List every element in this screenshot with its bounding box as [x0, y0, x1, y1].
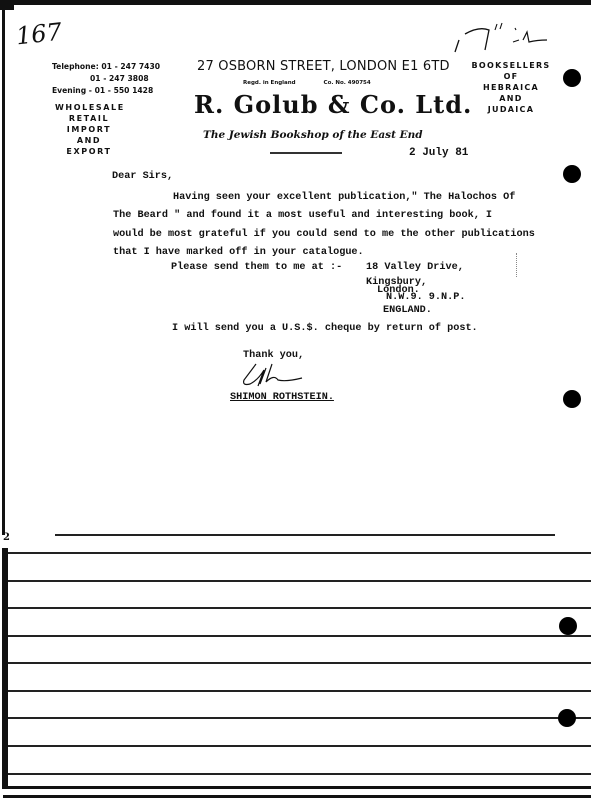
ruled-line [55, 534, 555, 536]
ruled-line [8, 717, 591, 719]
telephone-row: Evening - 01 - 550 1428 [52, 85, 160, 97]
return-address-street: 18 Valley Drive, [366, 262, 464, 273]
letter-greeting: Dear Sirs, [112, 171, 173, 182]
specialty-item: OF [470, 71, 552, 82]
telephone-number: 01 - 247 3808 [90, 73, 149, 85]
telephone-label: Telephone: [52, 62, 99, 71]
handwritten-annotation-icon [445, 18, 555, 58]
ruled-line [8, 745, 591, 747]
send-request: Please send them to me at :- [171, 262, 342, 273]
page-bottom-edge [2, 786, 591, 789]
company-number: Co. No. 490754 [324, 80, 371, 86]
service-item: RETAIL [55, 113, 123, 124]
telephone-row: Telephone: 01 - 247 7430 [52, 61, 160, 73]
company-address: 27 OSBORN STREET, LONDON E1 6TD [197, 59, 450, 74]
left-margin-mark: 2 [3, 532, 10, 543]
hole-punch [563, 390, 581, 408]
paragraph-line: The Beard " and found it a most useful a… [113, 207, 535, 225]
letter-date: 2 July 81 [409, 147, 468, 159]
telephone-row: 01 - 247 3808 [52, 73, 160, 85]
service-item: EXPORT [55, 146, 123, 157]
registered-text: Regd. in England [243, 80, 296, 86]
paragraph-line: that I have marked off in your catalogue… [113, 244, 535, 262]
specialty-item: HEBRAICA [470, 82, 552, 93]
ruled-line [8, 662, 591, 664]
ruled-line [8, 580, 591, 582]
payment-line: I will send you a U.S.$. cheque by retur… [172, 323, 478, 334]
ruled-line [8, 635, 591, 637]
evening-label: Evening - [52, 86, 92, 95]
signer-name: SHIMON ROTHSTEIN. [230, 392, 334, 403]
hole-punch [558, 709, 576, 727]
ruled-line [8, 552, 591, 554]
letter-paragraph: Having seen your excellent publication,"… [113, 189, 535, 262]
service-item: IMPORT [55, 124, 123, 135]
hole-punch [563, 69, 581, 87]
scan-speck [516, 253, 522, 277]
specialty-item: AND [470, 93, 552, 104]
return-address-country: ENGLAND. [383, 305, 432, 316]
ruled-line [8, 773, 591, 775]
page-left-edge-thick [2, 548, 8, 789]
services-list: WHOLESALE RETAIL IMPORT AND EXPORT [55, 102, 123, 157]
paragraph-line: would be most grateful if you could send… [113, 226, 535, 244]
page-bottom-edge-outer [3, 795, 591, 798]
specialty-item: BOOKSELLERS [470, 60, 552, 71]
company-name: R. Golub & Co. Ltd. [194, 90, 472, 119]
signature-icon [236, 360, 316, 390]
telephone-number: 01 - 247 7430 [101, 61, 160, 73]
telephone-number: 01 - 550 1428 [95, 85, 154, 97]
return-address-postcode: N.W.9. 9.N.P. [386, 292, 465, 303]
service-item: AND [55, 135, 123, 146]
registration-line: Regd. in England Co. No. 490754 [243, 80, 397, 86]
company-tagline: The Jewish Bookshop of the East End [203, 129, 423, 141]
specialty-list: BOOKSELLERS OF HEBRAICA AND JUDAICA [470, 60, 552, 115]
ruled-line [8, 690, 591, 692]
paragraph-line: Having seen your excellent publication,"… [113, 189, 535, 207]
page-left-edge [2, 0, 5, 535]
hole-punch [563, 165, 581, 183]
ruled-line [8, 607, 591, 609]
specialty-item: JUDAICA [470, 104, 552, 115]
service-item: WHOLESALE [55, 102, 123, 113]
hole-punch [559, 617, 577, 635]
letterhead-divider [270, 152, 342, 154]
handwritten-page-number: 167 [15, 18, 63, 51]
page-top-edge [0, 0, 591, 5]
telephone-block: Telephone: 01 - 247 7430 01 - 247 3808 E… [52, 61, 160, 97]
